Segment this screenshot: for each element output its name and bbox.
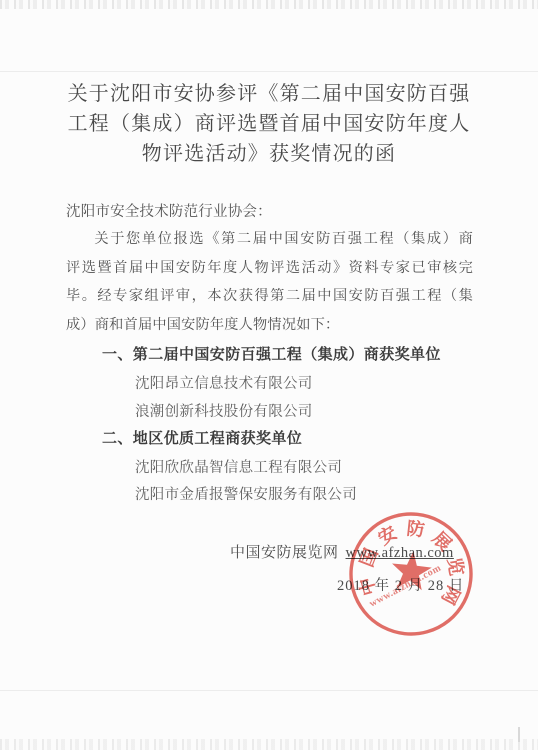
paragraph-line: 评选暨首届中国安防年度人物评选活动》资料专家已审核完 xyxy=(66,257,473,277)
title-line-1: 关于沈阳市安协参评《第二届中国安防百强 xyxy=(49,79,489,109)
scanned-letter-page: 关于沈阳市安协参评《第二届中国安防百强 工程（集成）商评选暨首届中国安防年度人 … xyxy=(0,0,538,750)
signing-org: 中国安防展览网 xyxy=(230,545,339,561)
signature-date: 2018 年 2 月 28 日 xyxy=(337,574,464,595)
award-company: 沈阳市金盾报警保安服务有限公司 xyxy=(135,483,357,504)
scan-noise-top xyxy=(0,0,538,9)
scan-edge-mark xyxy=(518,727,520,742)
paragraph-line: 关于您单位报选《第二届中国安防百强工程（集成）商 xyxy=(66,228,473,248)
recipient-greeting: 沈阳市安全技术防范行业协会： xyxy=(66,200,272,221)
scan-fold-line-top xyxy=(0,71,538,72)
signing-org-url: www.afzhan.com xyxy=(346,545,454,561)
award-company: 浪潮创新科技股份有限公司 xyxy=(135,400,313,421)
svg-text:防: 防 xyxy=(406,517,426,540)
document-title: 关于沈阳市安协参评《第二届中国安防百强 工程（集成）商评选暨首届中国安防年度人 … xyxy=(49,79,489,169)
award-company: 沈阳欣欣晶智信息工程有限公司 xyxy=(135,456,342,477)
section-heading-1: 一、第二届中国安防百强工程（集成）商获奖单位 xyxy=(102,343,441,364)
paragraph-line: 毕。经专家组评审，本次获得第二届中国安防百强工程（集 xyxy=(66,285,473,305)
section-heading-2: 二、地区优质工程商获奖单位 xyxy=(102,427,302,448)
scan-noise-bottom xyxy=(0,739,538,750)
paragraph-line: 成）商和首届中国安防年度人物情况如下： xyxy=(66,314,473,334)
signature-line: 中国安防展览网www.afzhan.com xyxy=(230,541,454,562)
title-line-3: 物评选活动》获奖情况的函 xyxy=(49,139,489,169)
title-line-2: 工程（集成）商评选暨首届中国安防年度人 xyxy=(49,109,489,139)
scan-fold-line-bottom xyxy=(0,690,538,691)
award-company: 沈阳昂立信息技术有限公司 xyxy=(135,372,313,393)
